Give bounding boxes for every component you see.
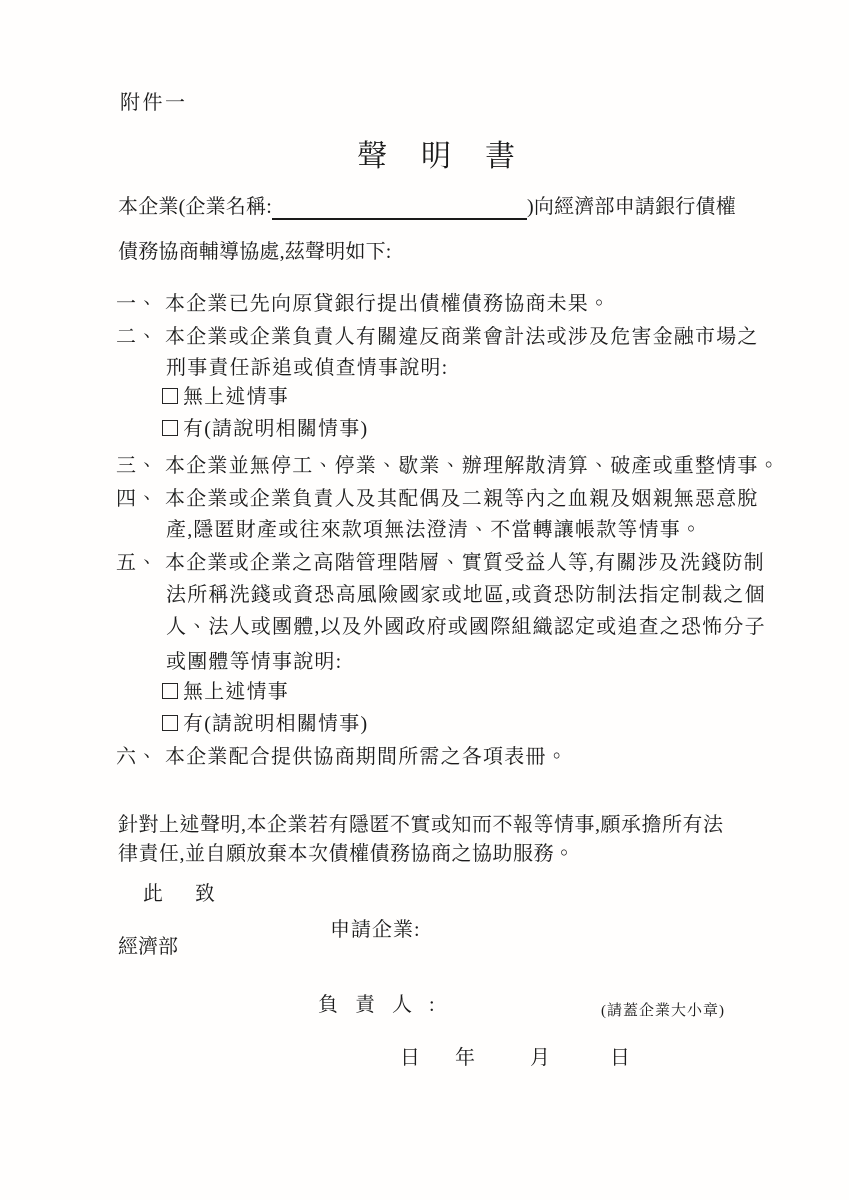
item-text: 人、法人或團體,以及外國政府或國際組織認定或追查之恐怖分子 xyxy=(166,616,766,638)
date-char-day-prefix: 日 xyxy=(400,1045,420,1071)
declaration-document-page: 附件一 聲 明 書 本企業(企業名稱:)向經濟部申請銀行債權 債務協商輔導協處,… xyxy=(0,0,849,1200)
item-number: 一、 xyxy=(116,291,165,317)
date-char-day: 日 xyxy=(610,1045,630,1071)
applicant-company-label: 申請企業: xyxy=(330,917,421,943)
date-char-year: 年 xyxy=(455,1045,475,1071)
checkbox-row-none-2: 無上述情事 xyxy=(162,679,289,705)
closing-line-2: 律責任,並自願放棄本次債權債務協商之協助服務。 xyxy=(118,841,575,867)
checkbox-unchecked[interactable] xyxy=(162,683,178,699)
item-number: 六、 xyxy=(116,744,165,770)
list-item-5-line-1: 五、本企業或企業之高階管理階層、實質受益人等,有關涉及洗錢防制 xyxy=(116,550,765,576)
item-number: 五、 xyxy=(116,550,165,576)
checkbox-label: 有(請說明相關情事) xyxy=(183,418,368,440)
checkbox-unchecked[interactable] xyxy=(162,420,178,436)
date-char-month: 月 xyxy=(530,1045,550,1071)
checkbox-row-none-1: 無上述情事 xyxy=(162,384,289,410)
checkbox-label: 無上述情事 xyxy=(183,386,289,408)
item-text: 本企業已先向原貸銀行提出債權債務協商未果。 xyxy=(165,293,610,315)
list-item-6: 六、本企業配合提供協商期間所需之各項表冊。 xyxy=(116,744,568,770)
document-title: 聲 明 書 xyxy=(0,140,849,174)
intro-line-2-text: 債務協商輔導協處,茲聲明如下: xyxy=(118,241,392,263)
checkbox-unchecked[interactable] xyxy=(162,388,178,404)
list-item-5-line-3: 人、法人或團體,以及外國政府或國際組織認定或追查之恐怖分子 xyxy=(166,614,766,640)
item-number: 三、 xyxy=(116,453,165,479)
item-text: 本企業並無停工、停業、歇業、辦理解散清算、破產或重整情事。 xyxy=(165,455,780,477)
intro-line-2: 債務協商輔導協處,茲聲明如下: xyxy=(118,239,392,265)
date-line: 日年月日 xyxy=(400,1045,630,1071)
list-item-2-line-1: 二、本企業或企業負責人有關違反商業會計法或涉及危害金融市場之 xyxy=(116,324,759,350)
seal-instruction-note: (請蓋企業大小章) xyxy=(601,1001,725,1021)
item-text: 本企業或企業之高階管理階層、實質受益人等,有關涉及洗錢防制 xyxy=(165,552,765,574)
responsible-person-label: 負責人: xyxy=(318,992,452,1018)
item-text: 刑事責任訴追或偵查情事說明: xyxy=(166,357,448,379)
list-item-2-line-2: 刑事責任訴追或偵查情事說明: xyxy=(166,355,448,381)
item-number: 四、 xyxy=(116,486,165,512)
item-number: 二、 xyxy=(116,324,165,350)
list-item-5-line-4: 或團體等情事說明: xyxy=(166,649,342,675)
salutation-phrase: 此 致 xyxy=(143,881,221,907)
item-text: 本企業或企業負責人及其配偶及二親等內之血親及姻親無惡意脫 xyxy=(165,488,759,510)
closing-text: 針對上述聲明,本企業若有隱匿不實或知而不報等情事,願承擔所有法 xyxy=(118,814,724,836)
checkbox-label: 有(請說明相關情事) xyxy=(183,713,368,735)
company-name-suffix: )向經濟部申請銀行債權 xyxy=(527,196,736,218)
item-text: 本企業或企業負責人有關違反商業會計法或涉及危害金融市場之 xyxy=(165,326,759,348)
list-item-4-line-2: 產,隱匿財產或往來款項無法澄清、不當轉讓帳款等情事。 xyxy=(166,517,702,543)
item-text: 法所稱洗錢或資恐高風險國家或地區,或資恐防制法指定制裁之個 xyxy=(166,584,766,606)
list-item-5-line-2: 法所稱洗錢或資恐高風險國家或地區,或資恐防制法指定制裁之個 xyxy=(166,582,766,608)
checkbox-row-yes-1: 有(請說明相關情事) xyxy=(162,416,368,442)
item-text: 本企業配合提供協商期間所需之各項表冊。 xyxy=(165,746,568,768)
attachment-label: 附件一 xyxy=(120,90,188,116)
checkbox-row-yes-2: 有(請說明相關情事) xyxy=(162,711,368,737)
company-name-blank-field[interactable] xyxy=(272,198,527,220)
salutation-recipient: 經濟部 xyxy=(118,934,178,960)
item-text: 產,隱匿財產或往來款項無法澄清、不當轉讓帳款等情事。 xyxy=(166,519,702,541)
list-item-3: 三、本企業並無停工、停業、歇業、辦理解散清算、破產或重整情事。 xyxy=(116,453,780,479)
company-name-prefix: 本企業(企業名稱: xyxy=(118,196,272,218)
closing-text: 律責任,並自願放棄本次債權債務協商之協助服務。 xyxy=(118,843,575,865)
item-text: 或團體等情事說明: xyxy=(166,651,342,673)
list-item-4-line-1: 四、本企業或企業負責人及其配偶及二親等內之血親及姻親無惡意脫 xyxy=(116,486,759,512)
checkbox-unchecked[interactable] xyxy=(162,715,178,731)
checkbox-label: 無上述情事 xyxy=(183,681,289,703)
list-item-1: 一、本企業已先向原貸銀行提出債權債務協商未果。 xyxy=(116,291,610,317)
closing-line-1: 針對上述聲明,本企業若有隱匿不實或知而不報等情事,願承擔所有法 xyxy=(118,812,724,838)
intro-line-1: 本企業(企業名稱:)向經濟部申請銀行債權 xyxy=(118,194,736,220)
